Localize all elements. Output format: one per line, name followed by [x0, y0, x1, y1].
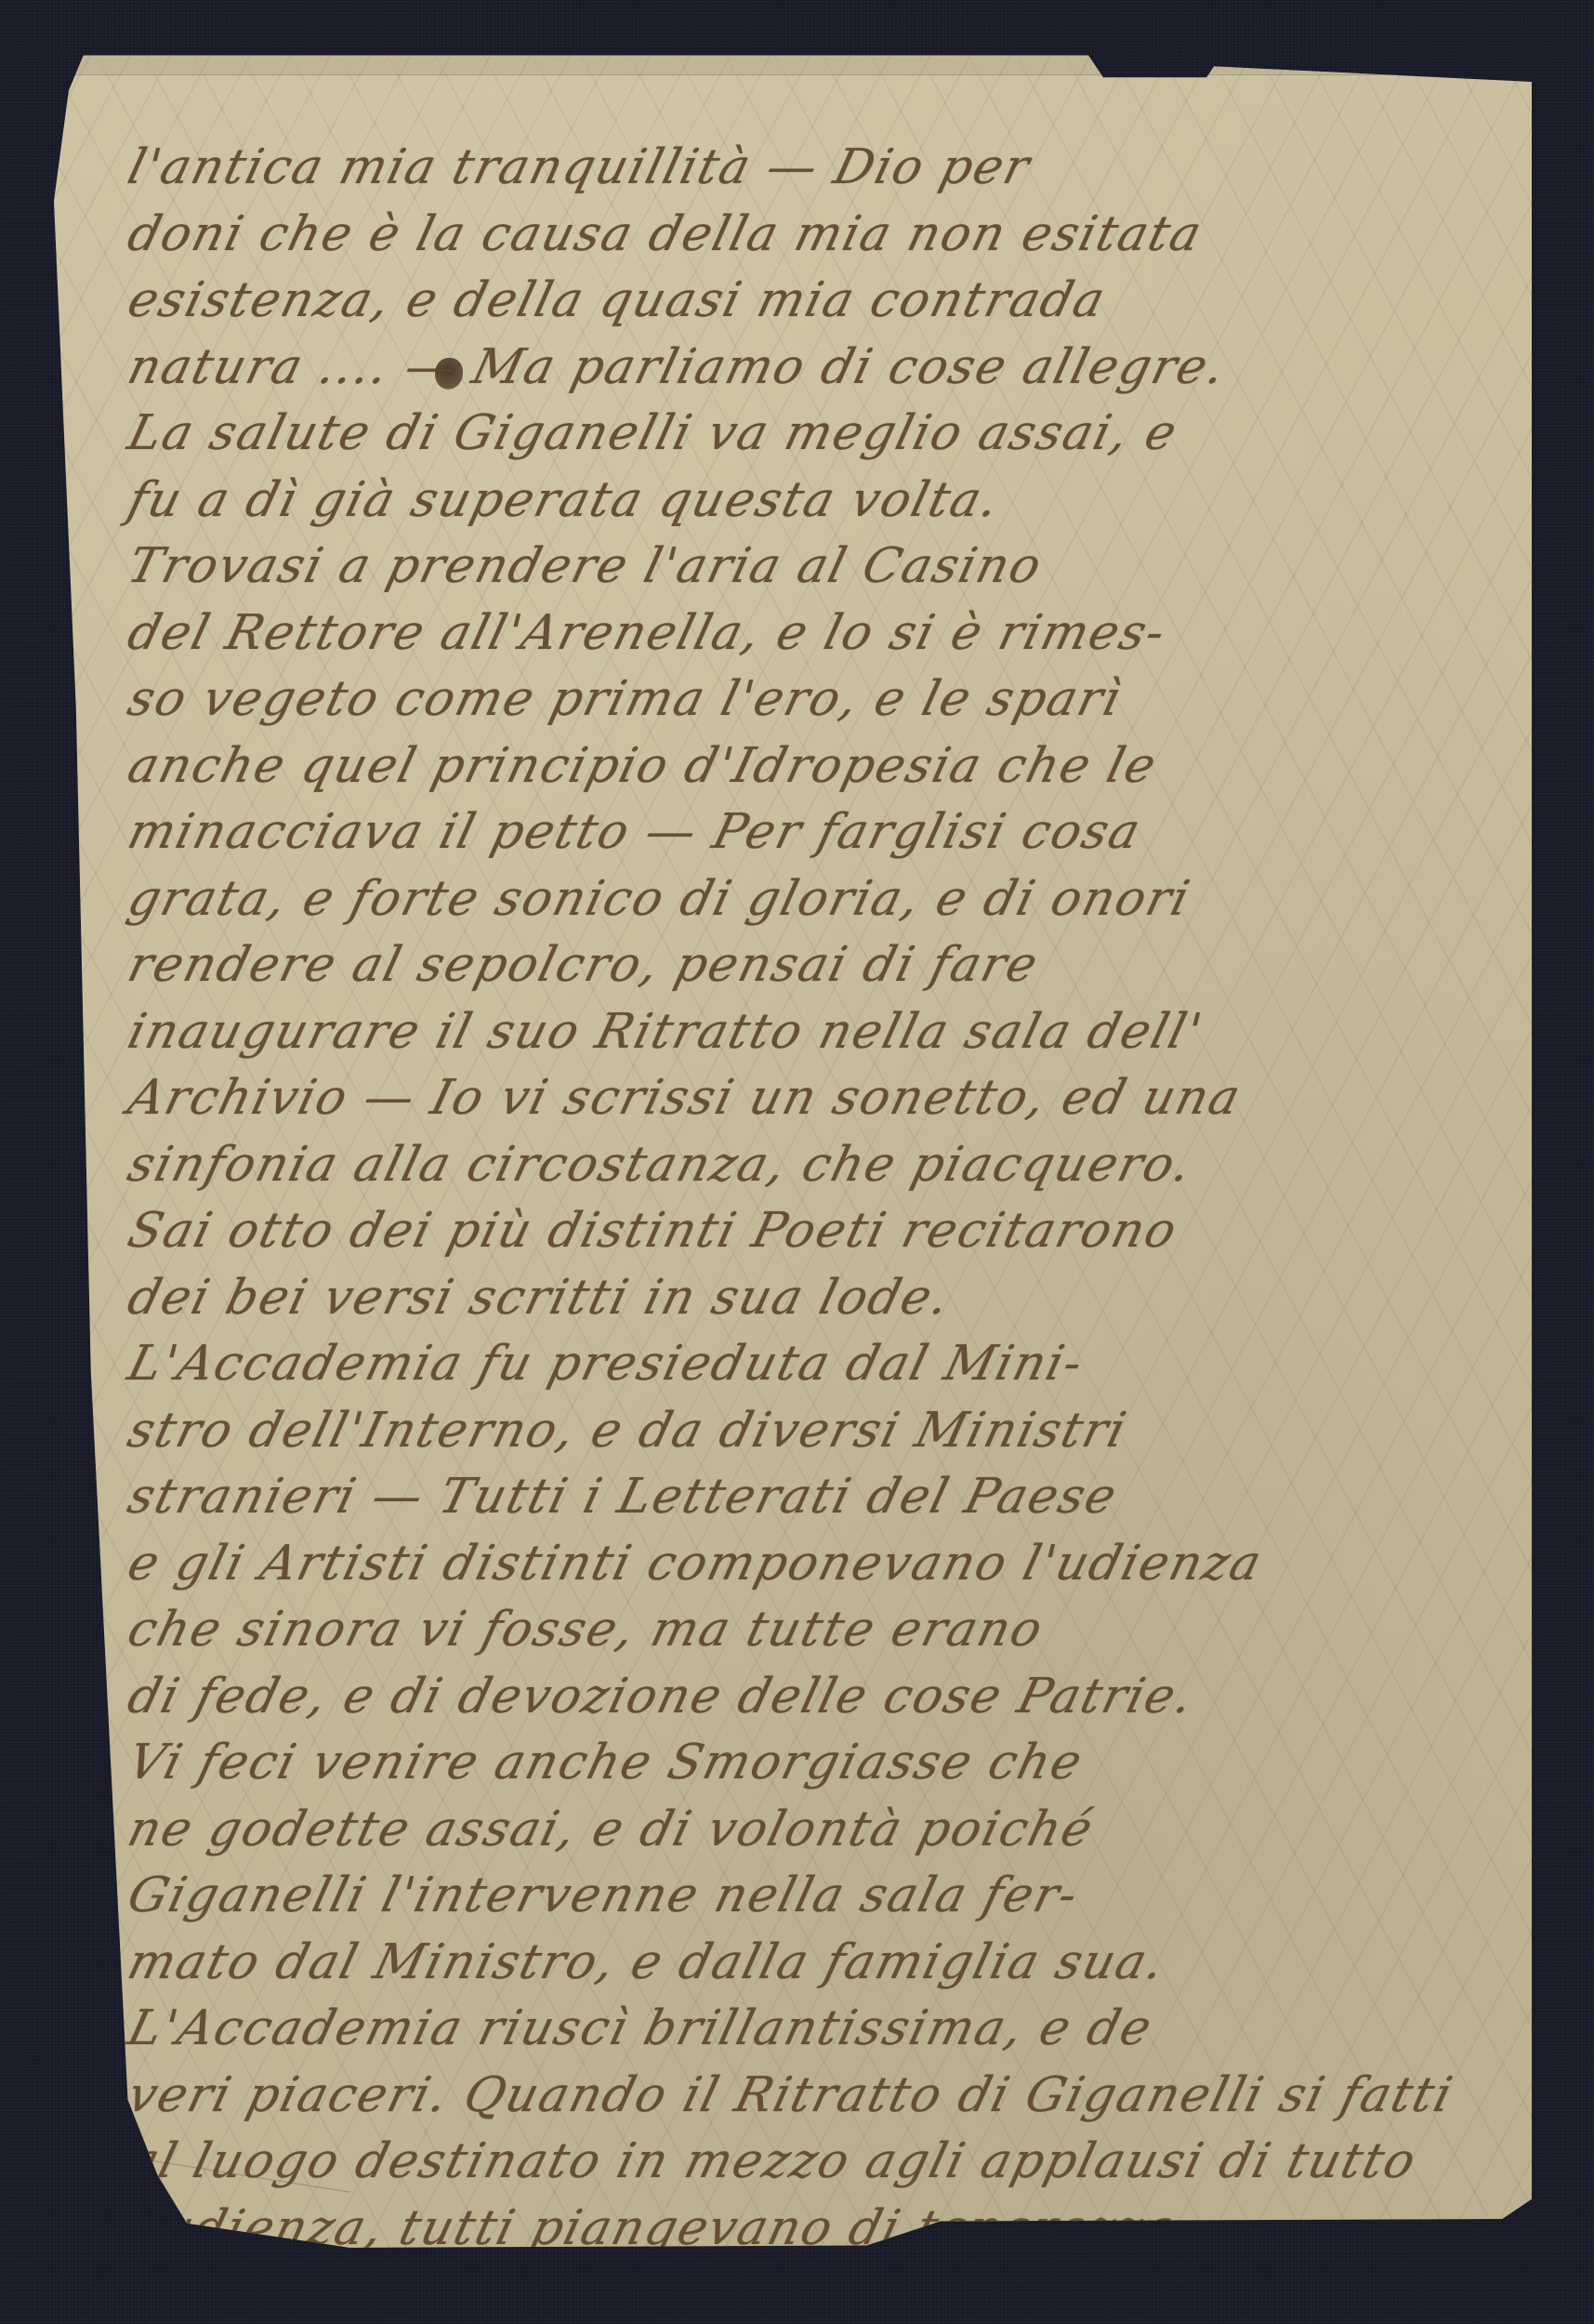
text-line: anche quel principio d'Idropesia che le	[121, 733, 1532, 800]
text-line: al luogo destinato in mezzo agli applaus…	[121, 2129, 1532, 2196]
text-line: fu a dì già superata questa volta.	[121, 468, 1532, 535]
handwritten-text: l'antica mia tranquillità — Dio per doni…	[121, 135, 1515, 2324]
text-line: rendere al sepolcro, pensai di fare	[121, 932, 1532, 999]
text-line: Giganelli l'intervenne nella sala fer-	[121, 1863, 1532, 1930]
text-line: inaugurare il suo Ritratto nella sala de…	[121, 999, 1532, 1066]
text-line: quelli usciti dall'Accademia, tutti	[121, 2262, 1532, 2324]
text-line: veri piaceri. Quando il Ritratto di Giga…	[121, 2063, 1532, 2130]
text-line: che sinora vi fosse, ma tutte erano	[121, 1597, 1532, 1664]
text-line: Sai otto dei più distinti Poeti recitaro…	[121, 1198, 1532, 1265]
text-line: dei bei versi scritti in sua lode.	[121, 1265, 1532, 1332]
text-line: natura .... — Ma parliamo di cose allegr…	[121, 335, 1532, 402]
text-line: l'antica mia tranquillità — Dio per	[121, 135, 1532, 202]
text-line: l'udienza, tutti piangevano di tenerezza…	[121, 2196, 1532, 2263]
text-line: del Rettore all'Arenella, e lo si è rime…	[121, 601, 1532, 667]
text-line: grata, e forte sonico di gloria, e di on…	[121, 866, 1532, 933]
folded-top-strip	[54, 46, 1532, 75]
text-line: sinfonia alla circostanza, che piacquero…	[121, 1132, 1532, 1199]
text-line: La salute di Giganelli va meglio assai, …	[121, 401, 1532, 468]
letter-sheet: l'antica mia tranquillità — Dio per doni…	[54, 46, 1532, 2254]
text-line: so vegeto come prima l'ero, e le sparì	[121, 667, 1532, 733]
text-line: Vi feci venire anche Smorgiasse che	[121, 1730, 1532, 1797]
text-line: stranieri — Tutti i Letterati del Paese	[121, 1464, 1532, 1531]
text-line: L'Accademia riuscì brillantissima, e de	[121, 1996, 1532, 2063]
text-line: di fede, e di devozione delle cose Patri…	[121, 1664, 1532, 1731]
text-line: stro dell'Interno, e da diversi Ministri	[121, 1398, 1532, 1465]
text-line: esistenza, e della quasi mia contrada	[121, 268, 1532, 335]
text-line: e gli Artisti distinti componevano l'udi…	[121, 1531, 1532, 1598]
text-line: ne godette assai, e di volontà poiché	[121, 1797, 1532, 1864]
text-line: L'Accademia fu presieduta dal Mini-	[121, 1331, 1532, 1398]
text-line: minacciava il petto — Per farglisi cosa	[121, 799, 1532, 866]
text-line: mato dal Ministro, e dalla famiglia sua.	[121, 1930, 1532, 1997]
text-line: doni che è la causa della mia non esitat…	[121, 202, 1532, 269]
text-line: Trovasi a prendere l'aria al Casino	[121, 534, 1532, 601]
text-line: Archivio — Io vi scrissi un sonetto, ed …	[121, 1065, 1532, 1132]
